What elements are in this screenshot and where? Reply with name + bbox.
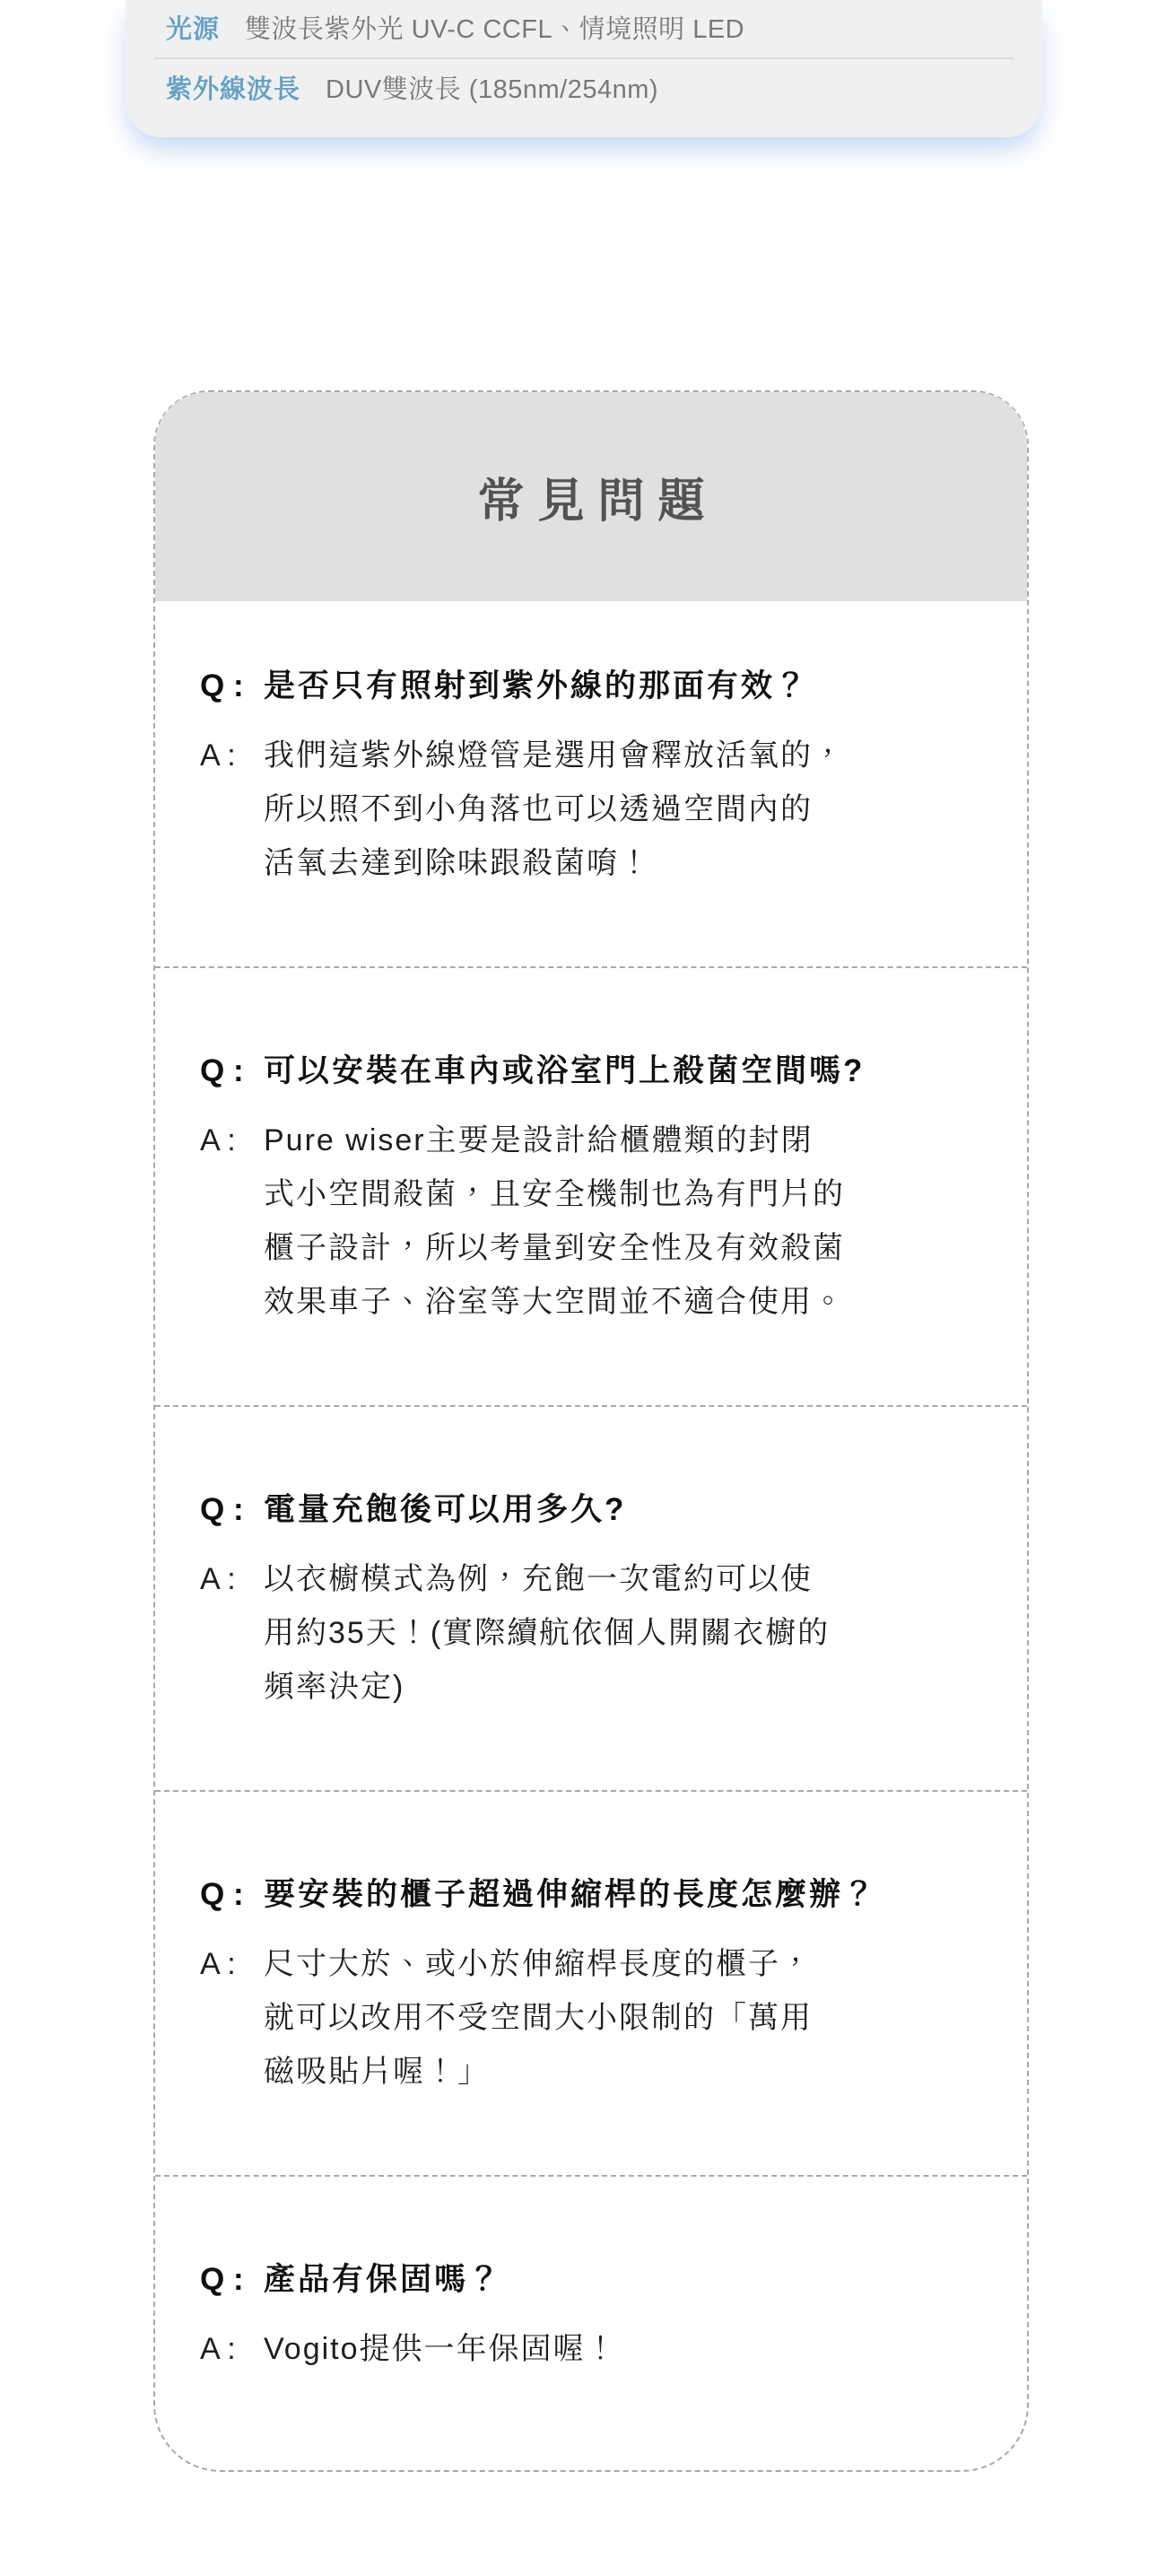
- answer-prefix: A :: [200, 1113, 264, 1329]
- specs-card: 光源 雙波長紫外光 UV-C CCFL、情境照明 LED 紫外線波長 DUV雙波…: [126, 0, 1042, 137]
- spec-row-uv-wavelength: 紫外線波長 DUV雙波長 (185nm/254nm): [126, 59, 1042, 137]
- question-text: 產品有保固嗎？: [264, 2253, 502, 2307]
- answer-prefix: A :: [200, 729, 264, 890]
- question-prefix: Q :: [200, 1044, 264, 1098]
- faq-answer: A : 我們這紫外線燈管是選用會釋放活氧的， 所以照不到小角落也可以透過空間內的…: [200, 729, 982, 890]
- faq-question: Q : 可以安裝在車內或浴室門上殺菌空間嗎?: [200, 1044, 982, 1098]
- faq-question: Q : 要安裝的櫃子超過伸縮桿的長度怎麼辦？: [200, 1868, 982, 1922]
- faq-card: 常見問題 Q : 是否只有照射到紫外線的那面有效？ A : 我們這紫外線燈管是選…: [153, 390, 1029, 2472]
- faq-item-2: Q : 可以安裝在車內或浴室門上殺菌空間嗎? A : Pure wiser主要是…: [155, 968, 1027, 1405]
- question-prefix: Q :: [200, 659, 264, 713]
- question-text: 電量充飽後可以用多久?: [264, 1483, 626, 1537]
- faq-question: Q : 產品有保固嗎？: [200, 2253, 982, 2307]
- faq-answer: A : 以衣櫥模式為例，充飽一次電約可以使 用約35天！(實際續航依個人開關衣櫥…: [200, 1552, 982, 1714]
- answer-prefix: A :: [200, 2322, 264, 2376]
- question-prefix: Q :: [200, 2253, 264, 2307]
- faq-answer: A : Pure wiser主要是設計給櫃體類的封閉 式小空間殺菌，且安全機制也…: [200, 1113, 982, 1329]
- spec-label: 紫外線波長: [166, 71, 300, 109]
- spec-value: DUV雙波長 (185nm/254nm): [326, 71, 658, 109]
- faq-answer: A : 尺寸大於、或小於伸縮桿長度的櫃子， 就可以改用不受空間大小限制的「萬用 …: [200, 1937, 982, 2099]
- answer-prefix: A :: [200, 1552, 264, 1714]
- spec-value: 雙波長紫外光 UV-C CCFL、情境照明 LED: [245, 11, 744, 48]
- product-detail-page: { "specs": { "rows": [ { "label": "光源", …: [0, 0, 1166, 2576]
- faq-title: 常見問題: [464, 463, 718, 530]
- faq-item-1: Q : 是否只有照射到紫外線的那面有效？ A : 我們這紫外線燈管是選用會釋放活…: [155, 601, 1027, 966]
- faq-item-4: Q : 要安裝的櫃子超過伸縮桿的長度怎麼辦？ A : 尺寸大於、或小於伸縮桿長度…: [155, 1792, 1027, 2175]
- faq-question: Q : 是否只有照射到紫外線的那面有效？: [200, 659, 982, 713]
- answer-text: 我們這紫外線燈管是選用會釋放活氧的， 所以照不到小角落也可以透過空間內的 活氧去…: [264, 729, 845, 890]
- question-prefix: Q :: [200, 1868, 264, 1922]
- answer-text: 以衣櫥模式為例，充飽一次電約可以使 用約35天！(實際續航依個人開關衣櫥的 頻率…: [264, 1552, 830, 1714]
- question-text: 可以安裝在車內或浴室門上殺菌空間嗎?: [264, 1044, 865, 1098]
- question-text: 要安裝的櫃子超過伸縮桿的長度怎麼辦？: [264, 1868, 877, 1922]
- question-text: 是否只有照射到紫外線的那面有效？: [264, 659, 809, 713]
- faq-answer: A : Vogito提供一年保固喔！: [200, 2322, 982, 2376]
- answer-prefix: A :: [200, 1937, 264, 2099]
- answer-text: Vogito提供一年保固喔！: [264, 2322, 618, 2376]
- faq-question: Q : 電量充飽後可以用多久?: [200, 1483, 982, 1537]
- spec-row-light-source: 光源 雙波長紫外光 UV-C CCFL、情境照明 LED: [126, 5, 1042, 57]
- answer-text: Pure wiser主要是設計給櫃體類的封閉 式小空間殺菌，且安全機制也為有門片…: [264, 1113, 845, 1329]
- spec-label: 光源: [166, 11, 220, 48]
- answer-text: 尺寸大於、或小於伸縮桿長度的櫃子， 就可以改用不受空間大小限制的「萬用 磁吸貼片…: [264, 1937, 813, 2099]
- question-prefix: Q :: [200, 1483, 264, 1537]
- faq-body: Q : 是否只有照射到紫外線的那面有效？ A : 我們這紫外線燈管是選用會釋放活…: [155, 601, 1027, 2470]
- faq-header: 常見問題: [155, 392, 1027, 601]
- faq-item-5: Q : 產品有保固嗎？ A : Vogito提供一年保固喔！: [155, 2177, 1027, 2470]
- faq-item-3: Q : 電量充飽後可以用多久? A : 以衣櫥模式為例，充飽一次電約可以使 用約…: [155, 1407, 1027, 1790]
